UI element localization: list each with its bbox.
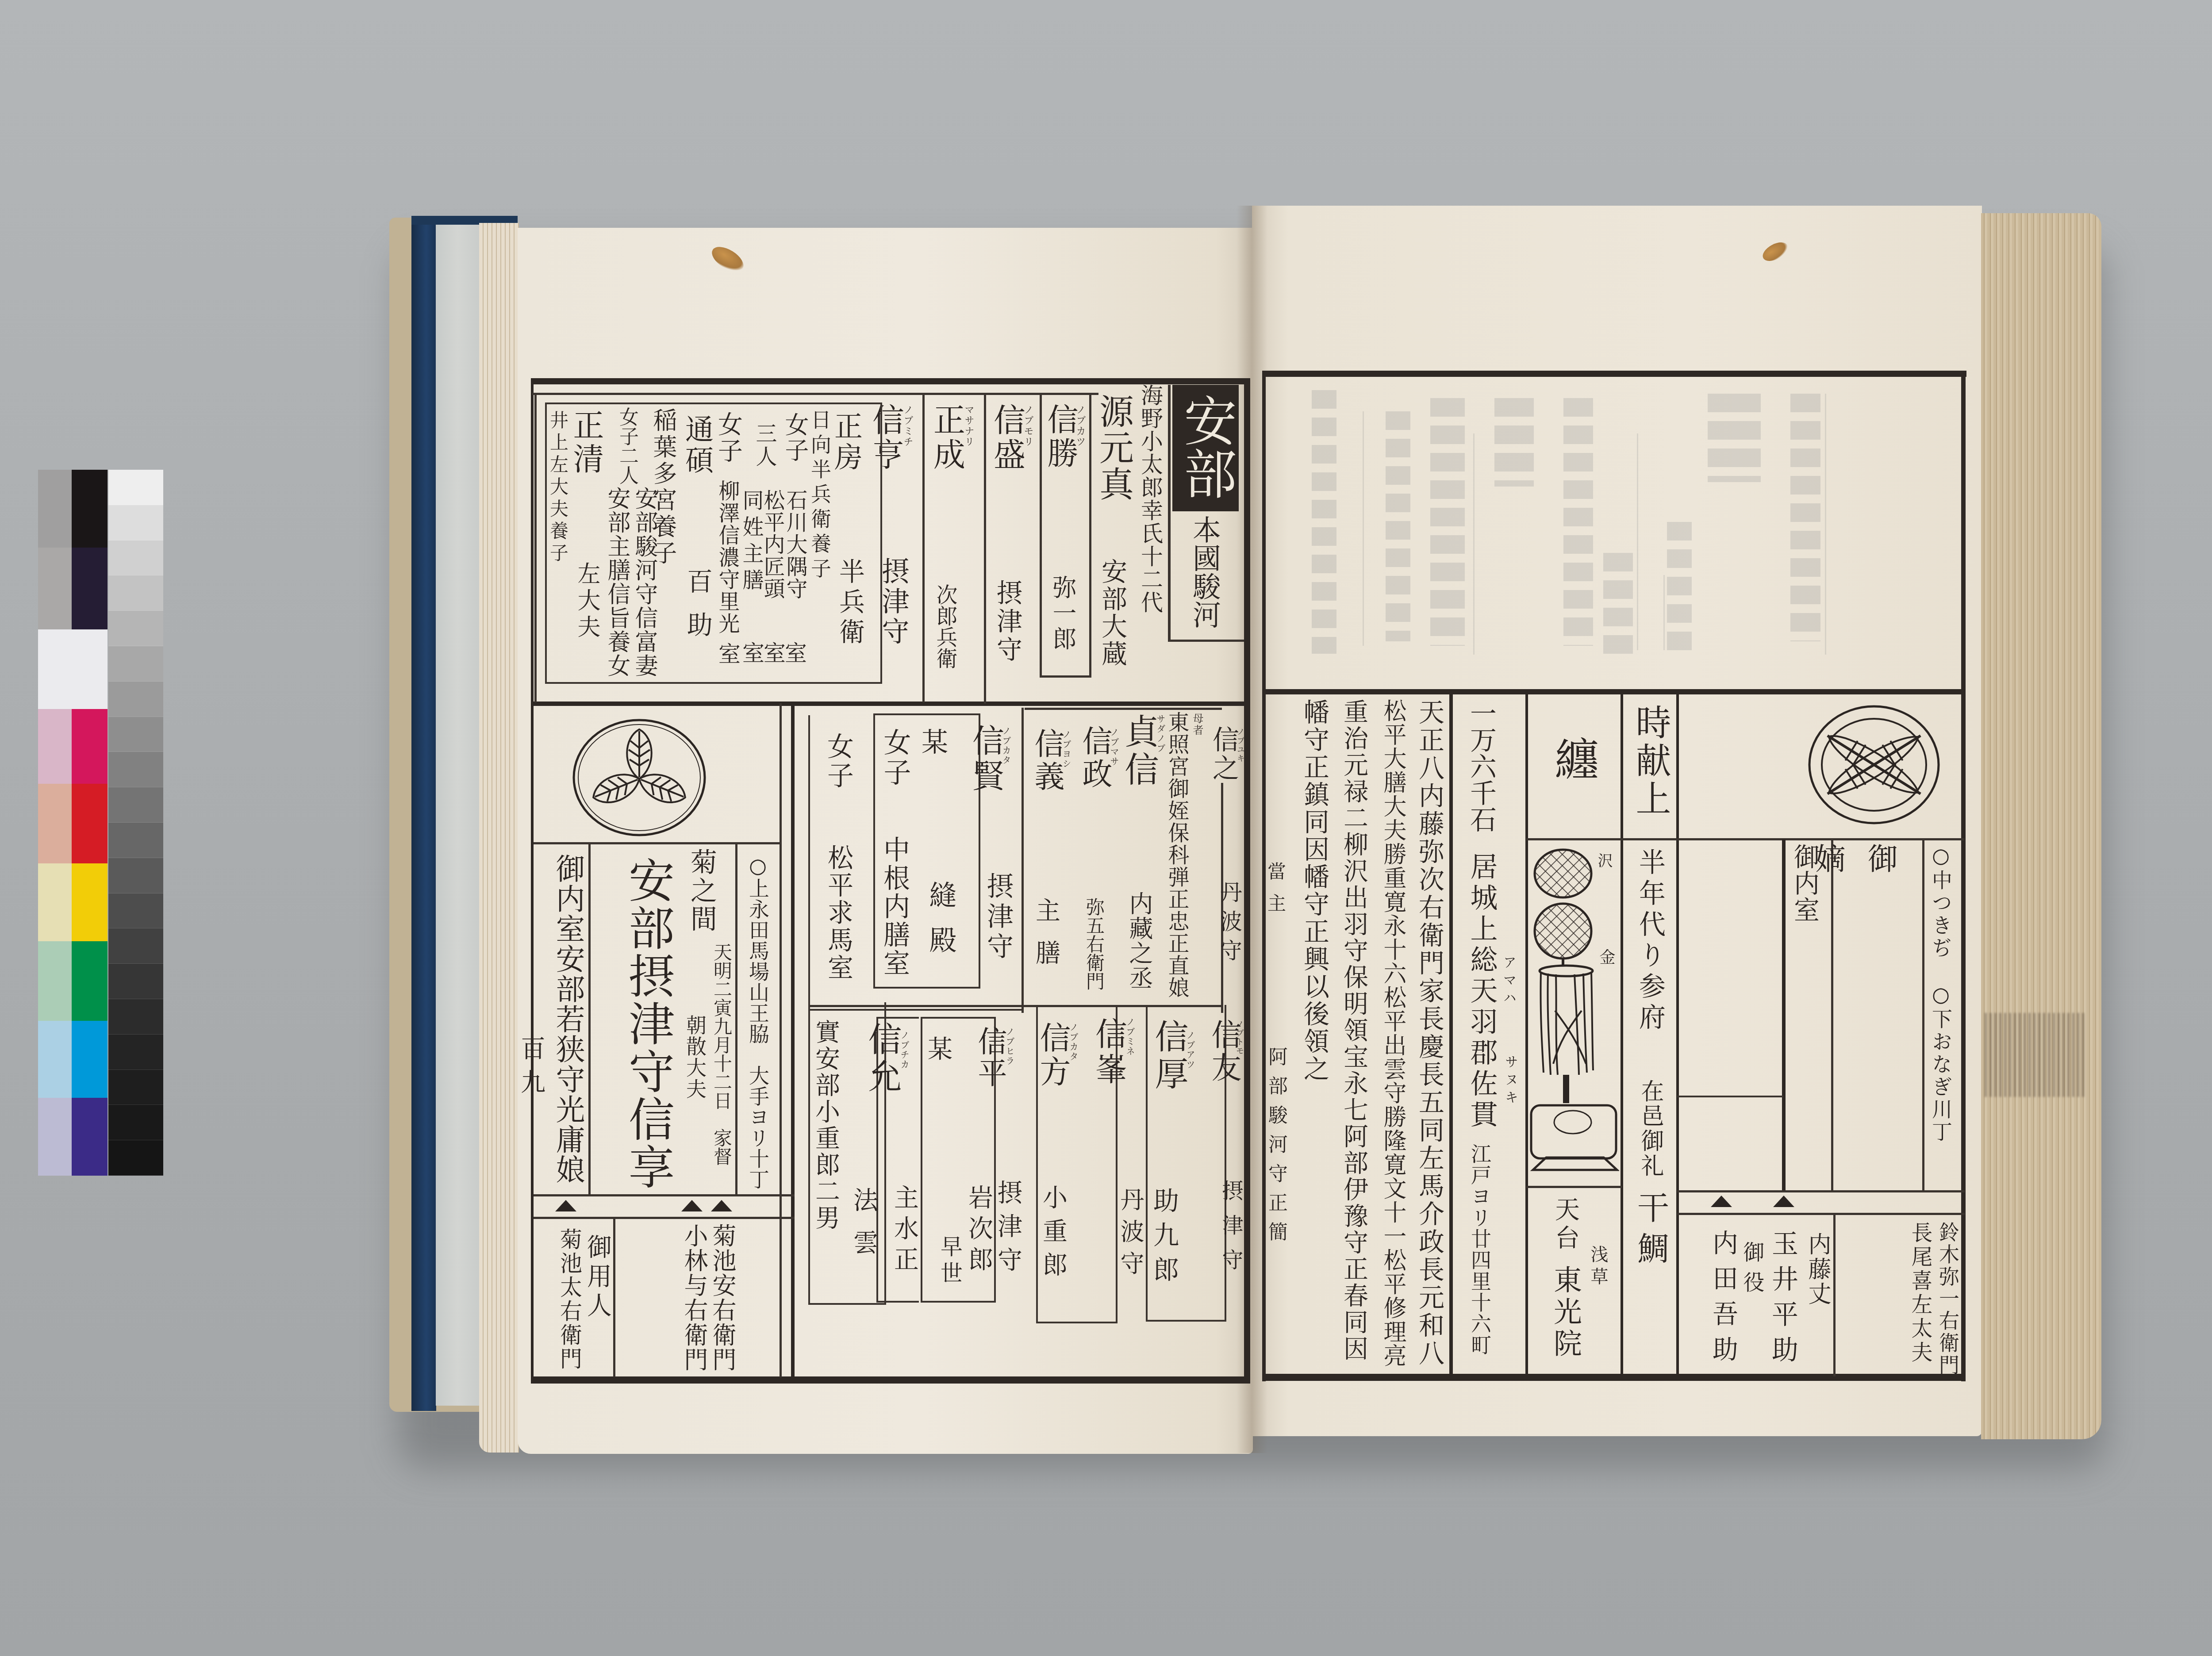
retainer-name: 菊池太右衛門	[558, 1228, 580, 1371]
member-title: 丹波守	[1218, 881, 1240, 968]
domain-history-line: 重治元禄二柳沢出羽守保明領宝永七阿部伊豫守正春同因	[1341, 699, 1366, 1362]
furigana: ノブアツ	[1186, 1031, 1194, 1069]
retainer-name: 鈴木弥一右衛門	[1938, 1222, 1958, 1376]
block-line	[588, 843, 591, 1195]
member-name: 信平	[975, 1026, 1004, 1090]
block-line	[780, 703, 782, 1377]
gray-step	[108, 787, 163, 823]
ancestor-name: 源元真	[1096, 394, 1131, 502]
frame-line-bottom	[1262, 1374, 1966, 1381]
show-through-line	[1473, 433, 1475, 655]
column-divider	[1449, 692, 1453, 1376]
tree-line	[984, 394, 986, 704]
member-title: 摂津守	[985, 872, 1011, 962]
child-note: 井上左大夫養子	[549, 410, 567, 565]
gray-step	[108, 575, 163, 611]
furigana: ノブカタ	[1069, 1023, 1078, 1062]
mother-label: 母者	[1192, 713, 1202, 736]
gray-step	[108, 964, 163, 999]
child-name: 女子	[716, 411, 741, 464]
seasonal-gift-line: 干鯛	[1635, 1191, 1667, 1273]
show-through-text	[1386, 411, 1410, 641]
column-divider	[1676, 692, 1679, 1376]
child-title: 百助	[685, 568, 710, 655]
frame-line-top	[531, 378, 1250, 384]
patch-row	[38, 709, 108, 784]
show-through-text	[1494, 398, 1534, 487]
color-patch	[72, 470, 108, 548]
gray-scale-strip	[108, 470, 163, 1176]
mother-note: 東照宮御姪保科弾正忠正直娘	[1166, 711, 1187, 999]
color-patch	[38, 863, 72, 941]
member-name: 信賢	[970, 724, 1002, 795]
retainer-name: 玉井平助	[1770, 1230, 1796, 1371]
member-name: 信允	[865, 1022, 899, 1096]
temple-name: 東光院	[1551, 1265, 1579, 1361]
furigana: サヌキ	[1503, 1055, 1517, 1108]
retainer-role: 御役	[1741, 1241, 1763, 1301]
block-line	[735, 843, 737, 1195]
color-patch	[72, 941, 108, 1021]
show-through-text	[1312, 390, 1336, 654]
lord-wife: 御内室安部若狭守光庸娘	[553, 854, 582, 1184]
furigana: サダノブ	[1156, 714, 1165, 753]
column-divider	[1621, 692, 1623, 1376]
show-through-line	[1663, 575, 1665, 650]
gray-step	[108, 611, 163, 646]
furigana: ノブミチ	[902, 405, 912, 447]
furigana: ノブカタ	[1002, 726, 1010, 765]
column-divider	[1525, 692, 1528, 1376]
fore-edge	[1981, 213, 2101, 1439]
header-box-line	[1168, 640, 1244, 642]
member-name: 信之	[1210, 726, 1237, 782]
furigana: ノブモリ	[1023, 405, 1033, 447]
tree-line	[1040, 675, 1091, 678]
seasonal-gift-label: 時献上	[1632, 704, 1668, 818]
furigana: ノブヒラ	[1005, 1027, 1014, 1066]
ancestor-title: 摂津守	[879, 557, 907, 647]
three-leaf-crest-icon	[571, 717, 707, 839]
gray-step	[108, 928, 163, 964]
row-divider	[1526, 1186, 1622, 1188]
domain-history-line: 松平大膳大夫勝重寛永十六松平出雲守勝隆寛文十一松平修理亮	[1381, 699, 1404, 1368]
member-title: 摂津守	[1220, 1180, 1241, 1283]
member-spouse: 松平求馬室	[826, 844, 851, 981]
frame-line-bottom	[531, 1376, 1250, 1384]
home-province: 本國駿河	[1190, 515, 1218, 629]
column-divider	[1831, 839, 1833, 1191]
clan-name: 安部	[1179, 394, 1232, 500]
furigana: ノブマサ	[1110, 728, 1118, 767]
color-checker-chart	[38, 470, 163, 1176]
child-name: 女子	[783, 412, 807, 464]
spouse: 安部駿河守信富妻	[633, 487, 656, 678]
gray-step	[108, 646, 163, 682]
column-divider	[1833, 1214, 1836, 1376]
stipend: 一万六千石	[1468, 700, 1494, 832]
tree-line	[922, 393, 925, 702]
color-patch	[38, 548, 72, 629]
member-name: 貞信	[1121, 713, 1156, 790]
ancestor-name: 信勝	[1045, 403, 1076, 471]
triangle-marker-icon	[1773, 1196, 1794, 1207]
tree-line	[1025, 708, 1222, 710]
show-through-text	[1708, 394, 1761, 482]
gray-step	[108, 1070, 163, 1105]
standard-note: 金	[1598, 949, 1614, 965]
ancestor-title: 次郎兵衛	[934, 584, 956, 669]
color-patch	[72, 1021, 108, 1098]
furigana: ノブカツ	[1075, 405, 1085, 447]
frame-line-left	[531, 378, 534, 1382]
gray-step	[108, 999, 163, 1035]
column-divider	[1922, 839, 1924, 1191]
spouse: 石川大隅守	[784, 489, 806, 600]
show-through-text	[1430, 398, 1465, 646]
color-patch	[38, 470, 72, 548]
spouse: 松平内匠頭	[762, 489, 783, 600]
triangle-marker-icon	[1711, 1196, 1732, 1207]
fore-edge-ink-mark	[1985, 1013, 2086, 1097]
white-patch	[38, 629, 108, 709]
member-name: 信厚	[1152, 1019, 1186, 1093]
gray-step	[108, 1140, 163, 1176]
furigana: ノブチカ	[900, 1031, 909, 1069]
frame-line-top	[1262, 371, 1966, 377]
audience-room: 菊之間	[688, 848, 715, 933]
member-name: 信政	[1079, 725, 1110, 791]
member-name: 某	[926, 1036, 950, 1061]
child-title: 半兵衛	[837, 558, 863, 648]
spouse: 安部主膳信旨養女	[605, 487, 628, 678]
member-name: 信方	[1037, 1022, 1068, 1089]
section-divider	[1262, 689, 1966, 694]
furigana: ノブユキ	[1236, 728, 1244, 763]
castle: 居城上総天羽郡佐貫	[1468, 852, 1495, 1131]
color-patch	[38, 1098, 72, 1176]
ancestor-title: 弥一郎	[1051, 575, 1075, 652]
member-name: 信峯	[1093, 1017, 1125, 1088]
tree-line	[534, 393, 537, 702]
member-title: 助九郎	[1151, 1187, 1177, 1291]
show-through-line	[1825, 394, 1826, 655]
gray-step	[108, 858, 163, 893]
child-note: 日向半兵衛養子	[810, 409, 830, 583]
spouse-suffix: 室	[741, 641, 763, 663]
left-page-stack	[479, 223, 519, 1453]
gray-step	[108, 717, 163, 752]
patch-row	[38, 1098, 108, 1176]
patch-row	[38, 629, 108, 709]
tree-connector	[532, 393, 1098, 395]
member-title: 丹波守	[1118, 1187, 1142, 1283]
color-patch	[72, 709, 108, 784]
spouse-suffix: 室	[783, 641, 805, 663]
current-lord-name: 阿部駿河守正簡	[1266, 1046, 1286, 1251]
column-divider	[1782, 839, 1786, 1191]
standard-note: 沢	[1596, 853, 1611, 868]
domain-history-line: 天正八内藤弥次右衛門家長慶長五同左馬介政長元和八	[1417, 699, 1442, 1368]
color-patch	[38, 784, 72, 863]
furigana: ノブヨシ	[1062, 730, 1071, 769]
furigana: ノブミネ	[1125, 1017, 1134, 1056]
row-divider	[1677, 1213, 1965, 1215]
frame-line-right	[1244, 378, 1250, 1382]
row-divider	[1677, 1096, 1783, 1097]
temple-place: 浅草	[1589, 1245, 1607, 1289]
color-patch	[72, 784, 108, 863]
patch-row	[38, 470, 108, 548]
spouse-suffix: 室	[717, 642, 739, 664]
retainer-name: 内田吾助	[1710, 1230, 1736, 1371]
show-through-line	[1637, 433, 1638, 650]
show-through-text	[1790, 394, 1820, 641]
member-spouse: 中根内膳室	[881, 836, 908, 977]
gray-step	[108, 470, 163, 505]
color-patch	[72, 863, 108, 941]
furigana: マサナリ	[964, 405, 973, 447]
gray-step	[108, 682, 163, 717]
temple-sect: 天台	[1553, 1196, 1578, 1253]
ancestor-title: 安部大蔵	[1099, 558, 1125, 668]
member-title: 法雲	[851, 1187, 876, 1272]
member-name: 女子	[825, 732, 852, 791]
show-through-text	[1563, 398, 1593, 646]
furigana: ノブトモ	[1235, 1020, 1243, 1055]
retainer-name: 内藤丈	[1806, 1232, 1829, 1307]
color-patch	[72, 548, 108, 629]
flyleaf	[436, 225, 480, 1406]
child-title: 左大夫	[575, 562, 598, 641]
header-box-line	[1168, 385, 1171, 641]
block-line	[534, 1194, 795, 1196]
court-rank: 朝散大夫	[685, 1015, 705, 1100]
crossed-feathers-crest-icon	[1808, 704, 1940, 826]
color-patch-grid	[38, 470, 108, 1176]
spouse-suffix: 室	[762, 641, 784, 663]
triangle-marker-icon	[555, 1200, 576, 1211]
member-title: 弥五右衛門	[1085, 897, 1103, 990]
heir-label: 御嫡	[1836, 845, 1920, 875]
residence-address: ○上永田馬場山王脇 大手ヨリ十丁	[748, 854, 768, 1190]
color-patch	[38, 941, 72, 1021]
retainer-name: 菊池安右衛門	[710, 1223, 734, 1372]
frame-line-right	[1961, 371, 1966, 1381]
spouse: 柳澤信濃守里光	[717, 480, 738, 635]
block-line	[791, 703, 795, 1377]
section-divider	[531, 701, 1250, 706]
color-patch	[72, 1098, 108, 1176]
block-line	[613, 1218, 615, 1377]
photo-scene: 百九 安部 本國駿河 海野小太郎幸氏十二代 源元真 安部大蔵 信勝 ノブカツ 弥…	[0, 0, 2212, 1656]
member-name: 女子	[881, 728, 909, 788]
domain-history-line: 幡守正鎮同因幡守正興以後領之	[1302, 699, 1327, 1083]
member-title: 岩次郎	[966, 1184, 991, 1277]
show-through-line	[1363, 411, 1364, 646]
tree-line	[1040, 394, 1042, 677]
show-through-text	[1667, 522, 1692, 650]
lineage-origin: 海野小太郎幸氏十二代	[1139, 384, 1161, 614]
triangle-marker-icon	[681, 1200, 703, 1211]
spouse: 同姓主膳	[741, 489, 762, 595]
seasonal-gift-line: 在邑御礼	[1639, 1079, 1662, 1178]
gray-step	[108, 893, 163, 929]
gray-step	[108, 540, 163, 576]
member-title: 内藏之丞	[1127, 891, 1151, 990]
retainer-name: 小林与右衛門	[682, 1223, 706, 1372]
triangle-marker-icon	[711, 1200, 732, 1211]
color-patch	[38, 1021, 72, 1098]
gray-step	[108, 505, 163, 540]
member-name: 信友	[1209, 1019, 1239, 1085]
show-through-text	[1603, 553, 1633, 655]
furigana: アマハ	[1502, 955, 1515, 1008]
wife-label: 御内室	[1792, 843, 1817, 923]
patch-row	[38, 941, 108, 1021]
gray-step	[108, 1035, 163, 1070]
blue-cloth-cover	[411, 221, 436, 1411]
ancestor-title: 摂津守	[995, 579, 1020, 664]
standard-label: 纏	[1551, 736, 1595, 781]
child-name: 女子二人	[617, 407, 637, 485]
gray-step	[108, 752, 163, 787]
block-line	[534, 1217, 795, 1219]
member-title: 摂津守	[995, 1180, 1020, 1280]
patch-row	[38, 1021, 108, 1098]
retainer-name: 長尾喜左太夫	[1909, 1222, 1931, 1365]
member-title: 主膳	[1033, 897, 1058, 982]
current-lord-label: 當主	[1266, 862, 1285, 925]
child-name: 通碩	[683, 414, 711, 476]
patch-row	[38, 548, 108, 629]
gray-step	[108, 1105, 163, 1140]
member-note: 早世	[939, 1235, 961, 1288]
color-patch	[38, 709, 72, 784]
patch-row	[38, 784, 108, 863]
patch-row	[38, 863, 108, 941]
retainer-role: 御用人	[585, 1234, 610, 1322]
tree-line	[1089, 394, 1091, 677]
child-name: 正清	[571, 409, 602, 476]
member-note: 實安部小重郎二男	[813, 1019, 838, 1231]
edo-residences: ○中つきぢ ○下おなぎ川丁	[1931, 843, 1951, 1144]
ancestor-name: 正成	[931, 403, 963, 472]
member-name: 某	[919, 728, 946, 755]
member-title: 縫殿	[927, 881, 954, 971]
row-divider	[1677, 1190, 1965, 1192]
block-line	[534, 842, 780, 844]
member-title: 主水正	[892, 1184, 917, 1277]
succession-date: 天明二寅九月十二日 家督	[712, 943, 731, 1165]
child-count: 三人	[754, 422, 775, 468]
seasonal-gift-line: 半年代り参府	[1637, 848, 1663, 1034]
member-title: 小重郎	[1041, 1184, 1065, 1285]
ancestor-name: 信盛	[991, 403, 1023, 472]
lord-name: 安部摂津守信享	[625, 857, 671, 1191]
member-name: 信義	[1032, 728, 1062, 793]
matoi-standard-icon	[1528, 843, 1619, 1183]
gray-step	[108, 823, 163, 858]
row-divider	[1526, 838, 1964, 840]
distance-from-edo: 江戸ヨリ廿四里十六町	[1470, 1143, 1490, 1356]
child-name: 正房	[832, 411, 860, 473]
